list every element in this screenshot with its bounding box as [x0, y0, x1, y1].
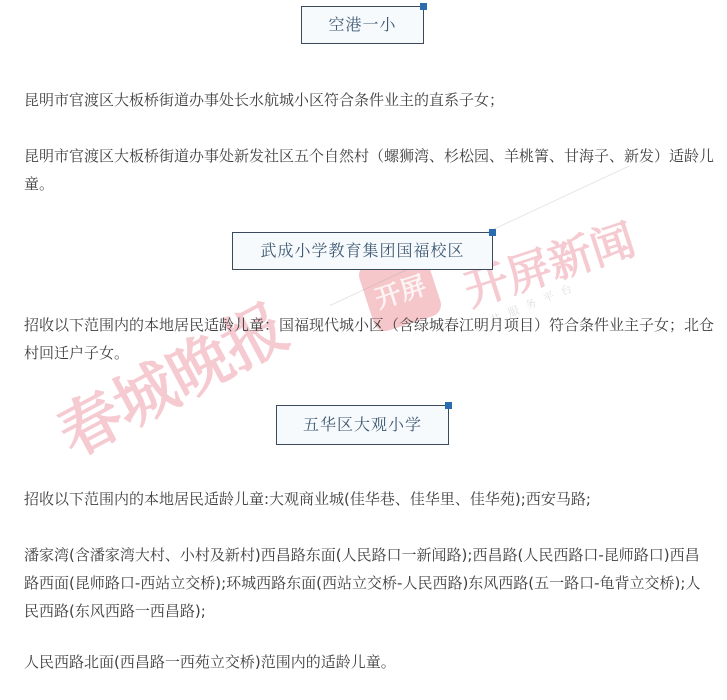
section-heading-text: 五华区大观小学	[303, 415, 422, 434]
paragraph: 昆明市官渡区大板桥街道办事处新发社区五个自然村（螺狮湾、杉松园、羊桃箐、甘海子、…	[24, 142, 714, 198]
section-heading-text: 武成小学教育集团国福校区	[260, 241, 464, 260]
corner-accent-icon	[445, 402, 452, 409]
corner-accent-icon	[489, 229, 496, 236]
article-body: 春城晚报 开屏 开屏新闻 公共服务平台 空港一小 昆明市官渡区大板桥街道办事处长…	[0, 0, 727, 700]
watermark-chuncheng-wanbao: 春城晚报	[40, 279, 301, 474]
paragraph: 昆明市官渡区大板桥街道办事处长水航城小区符合条件业主的直系子女；	[24, 86, 714, 114]
section-heading-wuhua-daguan: 五华区大观小学	[276, 405, 449, 445]
paragraph: 潘家湾(含潘家湾大村、小村及新村)西昌路东面(人民路口一新闻路);西昌路(人民西…	[24, 541, 714, 625]
paragraph: 招收以下范围内的本地居民适龄儿童：国福现代城小区（含绿城春江明月项目）符合条件业…	[24, 311, 714, 367]
section-heading-text: 空港一小	[328, 15, 396, 34]
section-heading-konggang-yixiao: 空港一小	[301, 6, 424, 44]
paragraph: 招收以下范围内的本地居民适龄儿童:大观商业城(佳华巷、佳华里、佳华苑);西安马路…	[24, 485, 714, 513]
paragraph: 人民西路北面(西昌路一西苑立交桥)范围内的适龄儿童。	[24, 648, 714, 676]
corner-accent-icon	[420, 3, 427, 10]
section-heading-wucheng-guofu: 武成小学教育集团国福校区	[232, 232, 493, 270]
